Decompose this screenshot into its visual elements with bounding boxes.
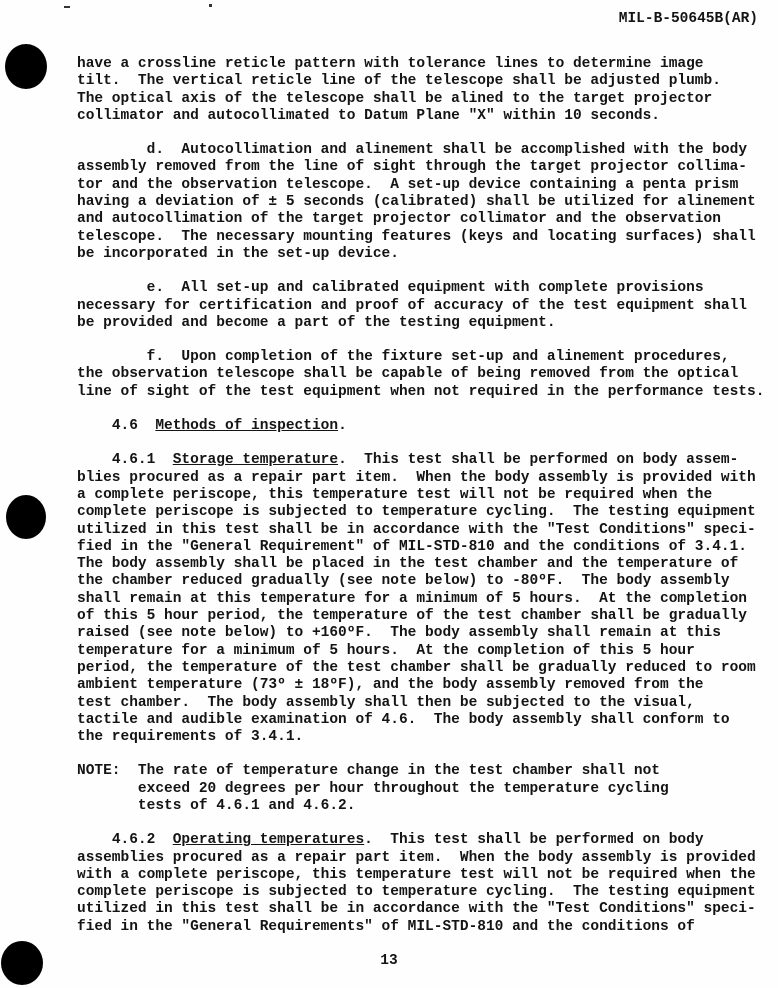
paragraph-storage-temperature: 4.6.1 Storage temperature. This test sha… [77,452,774,746]
paragraph-item-f: f. Upon completion of the fixture set-up… [77,349,774,401]
section-title-storage-temperature: Storage temperature [173,452,338,468]
document-page: MIL-B-50645B(AR) have a crossline reticl… [0,0,778,988]
note-paragraph: NOTE: The rate of temperature change in … [77,763,774,815]
document-body: have a crossline reticle pattern with to… [77,56,774,953]
spec-number-header: MIL-B-50645B(AR) [619,11,758,28]
paragraph-item-e: e. All set-up and calibrated equipment w… [77,280,774,332]
hole-punch-mark-top [5,44,47,89]
section-number-4-6-1: 4.6.1 [77,452,173,468]
page-number: 13 [0,953,778,970]
storage-temperature-body: . This test shall be performed on body a… [77,452,756,745]
hole-punch-mark-middle [6,495,46,539]
paragraph-operating-temperatures: 4.6.2 Operating temperatures. This test … [77,832,774,936]
section-title-operating-temperatures: Operating temperatures [173,832,364,848]
paragraph-intro-continuation: have a crossline reticle pattern with to… [77,56,774,125]
paragraph-item-d: d. Autocollimation and alinement shall b… [77,142,774,263]
scan-speck [209,4,212,7]
scan-speck [64,6,70,8]
heading-methods-of-inspection: 4.6 Methods of inspection. [77,418,774,435]
section-number-4-6-2: 4.6.2 [77,832,173,848]
section-title-methods-of-inspection: Methods of inspection [155,418,338,434]
section-number-4-6: 4.6 [77,418,155,434]
section-title-period: . [338,418,347,434]
